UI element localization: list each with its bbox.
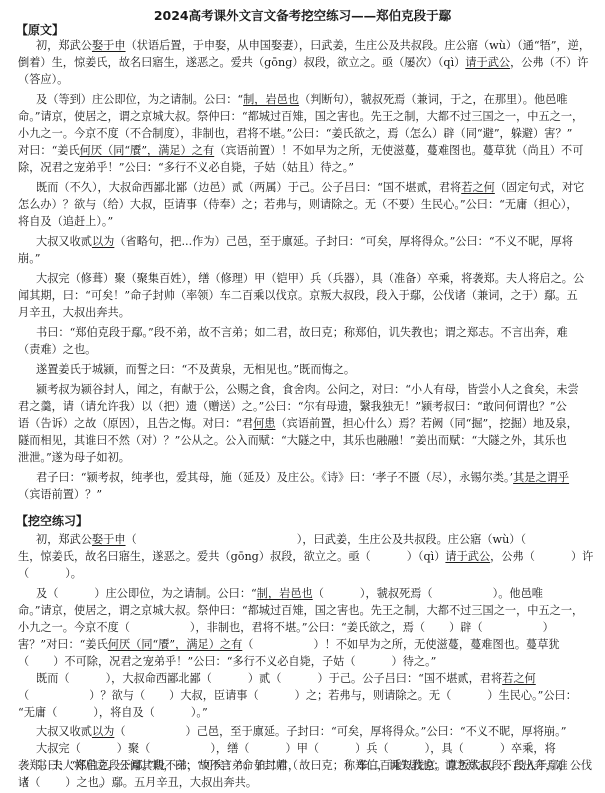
text-segment: 大叔又收贰 [36,725,92,738]
text-segment: （答应）。 [18,73,68,86]
text-segment: 小九之一。今京不度（ [18,621,130,634]
text-segment: ）（qì） [407,550,446,563]
practice-line: 生，惊姜氏，故名曰寤生，遂恶之。爱共（gōng）叔段，欲立之。亟（）（qì）请于… [18,549,590,565]
original-line: 君之羹，请（请允许我）以（把）遗（赠送）之。”公曰：“尔有母遗，繄我独无！”颍考… [18,399,590,415]
original-line: 君子曰：“颍考叔，纯孝也，爱其母，施（延及）及庄公。《诗》曰：‘孝子不匮（尽），… [36,470,590,486]
original-line: 崩。” [18,251,590,267]
text-segment: 命。”请京，使居之，谓之京城大叔。祭仲曰：“都城过百雉，国之害也。先王之制，大都… [18,604,583,617]
text-segment: ）待之。” [392,655,437,668]
text-segment: ），大叔命西鄙北鄙（ [106,672,212,685]
text-segment: （ [18,655,29,668]
original-line: 命。”请京，使居之，谓之京城大叔。祭仲曰：“都城过百雉，国之害也。先王之制，大都… [18,109,590,125]
text-segment: 书曰：“郑伯克段于鄢。”段不弟，故不言弟；如二君，故曰克；称郑伯，讥失教也；谓之… [36,759,568,772]
underlined-phrase: 娶于申 [92,39,126,52]
underlined-phrase: 制，岩邑也 [243,93,299,106]
text-segment: ）辟（ [449,621,483,634]
text-segment: ）之也。 [65,776,110,789]
text-segment: 倒着）生，惊姜氏，故名曰寤生，遂恶之。爱共（gōng）叔段，欲立之。亟（屡次）（… [18,56,465,69]
text-segment: （ [242,638,253,651]
underlined-phrase: 制，岩邑也 [257,587,313,600]
text-segment: ，公弗（不）许 [510,56,588,69]
text-segment: ）贰（ [248,672,282,685]
practice-line: 及（）庄公即位，为之请制。公曰：“制，岩邑也（），虢叔死焉（）。他邑唯 [36,586,590,602]
text-segment: 崩。” [18,252,41,265]
practice-line: （）之也。 [18,775,590,791]
text-segment: （省略句，把...作为）己邑，至于廪延。子封曰：“可矣，厚将得众。”公曰：“不义… [114,235,573,248]
practice-line: 害？”对曰：“姜氏何厌（同“餍”，满足）之有（）！不如早为之所，无使滋蔓，蔓难图… [18,637,590,653]
practice-line: 初，郑武公娶于申（），曰武姜，生庄公及共叔段。庄公寤（wù）（ [36,532,590,548]
original-line: （答应）。 [18,72,590,88]
text-segment: 生，惊姜氏，故名曰寤生，遂恶之。爱共（gōng）叔段，欲立之。亟（ [18,550,371,563]
text-segment: 大叔完（修葺）聚（聚集百姓），缮（修理）甲（铠甲）兵（兵器），具（准备）卒乘，将… [36,272,584,285]
section-heading-original: 【原文】 [16,21,64,38]
practice-line: （）？欲与（）大叔，臣请事（）之；若弗与，则请除之。无（）生民心。”公曰： [18,688,590,704]
text-segment: ），将自及（ [93,706,155,719]
text-segment: 隧而相见，其谁曰不然（对）？”公从之。公入而赋：“大隧之中，其乐也融融！”姜出而… [18,434,567,447]
text-segment: 既而（不久），大叔命西鄙北鄙（边邑）贰（两属）于己。公子吕曰：“国不堪贰，君将 [36,181,461,194]
text-segment: ）！不如早为之所，无使滋蔓，蔓难图也。蔓草犹 [313,638,559,651]
text-segment: ）甲（ [286,742,320,755]
underlined-phrase: 若之何 [461,181,495,194]
text-segment: 害？”对曰：“姜氏 [18,638,108,651]
text-segment: 语（告诉）之故（原因），且告之悔。对曰：“君 [18,417,253,430]
underlined-phrase: 请于武公 [465,56,510,69]
text-segment: 君之羹，请（请允许我）以（把）遗（赠送）之。”公曰：“尔有母遗，繄我独无！”颍考… [18,400,567,413]
text-segment: ）卒乘，将 [500,742,556,755]
text-segment: （宾语前置）！不如早为之所，无使滋蔓，蔓难图也。蔓草犹（尚且）不可 [214,144,583,157]
text-segment: ）聚（ [117,742,151,755]
text-segment: 初，郑武公 [36,533,92,546]
text-segment: ）？欲与（ [89,689,145,702]
section-heading-practice: 【挖空练习】 [16,512,88,529]
text-segment: ）于己。公子吕曰：“国不堪贰，君将 [317,672,502,685]
original-line: 隧而相见，其谁曰不然（对）？”公从之。公入而赋：“大隧之中，其乐也融融！”姜出而… [18,433,590,449]
underlined-phrase: 其是之谓乎 [513,471,569,484]
text-segment: 大叔完（ [36,742,81,755]
text-segment: ）己邑，至于廪延。子封曰：“可矣，厚将得众。”公曰：“不义不昵，厚将崩。” [186,725,567,738]
text-segment: ）。他邑唯 [493,587,543,600]
text-segment: ），具（ [425,742,464,755]
text-segment: 命。”请京，使居之，谓之京城大叔。祭仲曰：“都城过百雉，国之害也。先王之制，大都… [18,110,583,123]
underlined-phrase: 以为 [92,235,114,248]
text-segment: （ [18,689,29,702]
text-segment: ，公弗（ [490,550,535,563]
original-line: 闻其期，曰：“可矣！”命子封帅（率领）车二百乘以伐京。京叛大叔段，段入于鄢，公伐… [18,288,590,304]
practice-line: （）不可除，况君之宠弟乎！”公曰：“多行不义必自毙，子姑（）待之。” [18,654,590,670]
underlined-phrase: 何厌（同“餍”，满足）之有 [80,144,215,157]
text-segment: 初，郑武公 [36,39,92,52]
original-line: （宾语前置）？” [18,487,590,503]
text-segment: （ [18,776,29,789]
text-segment: ）之；若弗与，则请除之。无（ [295,689,452,702]
underlined-phrase: 以为 [92,725,114,738]
practice-line: 大叔完（）聚（），缮（）甲（）兵（），具（）卒乘，将 [36,741,590,757]
original-line: 颍考叔为颍谷封人，闻之，有献于公，公赐之食，食舍肉。公问之，对曰：“小人有母，皆… [36,382,590,398]
original-line: 大叔又收贰以为（省略句，把...作为）己邑，至于廪延。子封曰：“可矣，厚将得众。… [36,234,590,250]
practice-line: 小九之一。今京不度（），非制也，君将不堪。”公曰：“姜氏欲之，焉（）辟（） [18,620,590,636]
text-segment: 小九之一。今京不度（不合制度），非制也，君将不堪。”公曰：“姜氏欲之，焉（怎么）… [18,127,572,140]
practice-line: “无庸（），将自及（）。” [18,705,590,721]
text-segment: ）。” [191,706,208,719]
original-line: 遂置姜氏于城颍，而誓之曰：“不及黄泉，无相见也。”既而悔之。 [36,362,590,378]
original-line: 小九之一。今京不度（不合制度），非制也，君将不堪。”公曰：“姜氏欲之，焉（怎么）… [18,126,590,142]
text-segment: 及（等到）庄公即位，为之请制。公曰：“ [36,93,243,106]
original-line: 对曰：“姜氏何厌（同“餍”，满足）之有（宾语前置）！不如早为之所，无使滋蔓，蔓难… [18,143,590,159]
text-segment: 遂置姜氏于城颍，而誓之曰：“不及黄泉，无相见也。”既而悔之。 [36,363,355,376]
text-segment: （宾语前置，担心什么）焉？若阙（同“掘”，挖掘）地及泉， [275,417,577,430]
text-segment: ）兵（ [355,742,389,755]
original-line: 怎么办）？欲与（给）大叔，臣请事（侍奉）之；若弗与，则请除之。无（不要）生民心。… [18,197,590,213]
text-segment: 对曰：“姜氏 [18,144,80,157]
text-segment: ）不可除，况君之宠弟乎！”公曰：“多行不义必自毙，子姑（ [53,655,355,668]
practice-line: 大叔又收贰以为（）己邑，至于廪延。子封曰：“可矣，厚将得众。”公曰：“不义不昵，… [36,724,590,740]
text-segment: 君子曰：“颍考叔，纯孝也，爱其母，施（延及）及庄公。《诗》曰：‘孝子不匮（尽），… [36,471,513,484]
text-segment: “无庸（ [18,706,57,719]
text-segment: （宾语前置）？” [18,488,102,501]
practice-line: 书曰：“郑伯克段于鄢。”段不弟，故不言弟；如二君，故曰克；称郑伯，讥失教也；谓之… [36,758,590,774]
text-segment: （状语后置，于申娶，从申国娶妻），曰武姜，生庄公及共叔段。庄公寤（wù）（通“牾… [126,39,591,52]
text-segment: ），曰武姜，生庄公及共叔段。庄公寤（wù）（ [297,533,526,546]
text-segment: 及（ [36,587,58,600]
text-segment: 颍考叔为颍谷封人，闻之，有献于公，公赐之食，食舍肉。公问之，对曰：“小人有母，皆… [36,383,579,396]
original-line: 语（告诉）之故（原因），且告之悔。对曰：“君何患（宾语前置，担心什么）焉？若阙（… [18,416,590,432]
underlined-phrase: 请于武公 [445,550,490,563]
original-line: 及（等到）庄公即位，为之请制。公曰：“制，岩邑也（判断句），虢叔死焉（兼词，于之… [36,92,590,108]
text-segment: ），虢叔死焉（ [360,587,433,600]
text-segment: （ [18,567,29,580]
text-segment: 除，况君之宠弟乎！”公曰：“多行不义必自毙，子姑（姑且）待之。” [18,161,354,174]
text-segment: 书曰：“郑伯克段于鄢。”段不弟，故不言弟；如二君，故曰克；称郑伯，讥失教也；谓之… [36,326,568,339]
text-segment: （ [114,725,125,738]
practice-line: 命。”请京，使居之，谓之京城大叔。祭仲曰：“都城过百雉，国之害也。先王之制，大都… [18,603,590,619]
original-line: 将自及（追赶上）。” [18,214,590,230]
text-segment: 泄泄。”遂为母子如初。 [18,451,130,464]
original-line: 初，郑武公娶于申（状语后置，于申娶，从申国娶妻），曰武姜，生庄公及共叔段。庄公寤… [36,38,590,54]
underlined-phrase: 若之何 [502,672,536,685]
text-segment: （固定句式，对它 [495,181,585,194]
text-segment: ）许 [571,550,593,563]
text-segment: 大叔又收贰 [36,235,92,248]
underlined-phrase: 娶于申 [92,533,126,546]
original-line: （责难）之也。 [18,342,590,358]
text-segment: （ [126,533,137,546]
text-segment: 将自及（追赶上）。” [18,215,113,228]
original-line: 大叔完（修葺）聚（聚集百姓），缮（修理）甲（铠甲）兵（兵器），具（准备）卒乘，将… [36,271,590,287]
practice-line: 既而（），大叔命西鄙北鄙（）贰（）于己。公子吕曰：“国不堪贰，君将若之何 [36,671,590,687]
underlined-phrase: 何厌（同“餍”，满足）之有 [108,638,243,651]
text-segment: 怎么办）？欲与（给）大叔，臣请事（侍奉）之；若弗与，则请除之。无（不要）生民心。… [18,198,578,211]
text-segment: ） [543,621,554,634]
text-segment: （判断句），虢叔死焉（兼词，于之，在那里）。他邑唯 [299,93,568,106]
text-segment: 闻其期，曰：“可矣！”命子封帅（率领）车二百乘以伐京。京叛大叔段，段入于鄢，公伐… [18,289,578,302]
text-segment: 月辛丑，大叔出奔共。 [18,306,130,319]
underlined-phrase: 何患 [253,417,275,430]
text-segment: ），缮（ [210,742,249,755]
text-segment: 既而（ [36,672,70,685]
text-segment: （责难）之也。 [18,343,96,356]
text-segment: ）庄公即位，为之请制。公曰：“ [94,587,256,600]
text-segment: ）生民心。”公曰： [487,689,577,702]
text-segment: ）大叔，臣请事（ [169,689,259,702]
text-segment: ），非制也，君将不堪。”公曰：“姜氏欲之，焉（ [190,621,425,634]
text-segment: （ [313,587,324,600]
original-line: 泄泄。”遂为母子如初。 [18,450,590,466]
original-line: 倒着）生，惊姜氏，故名曰寤生，遂恶之。爱共（gōng）叔段，欲立之。亟（屡次）（… [18,55,590,71]
text-segment: ）。 [65,567,82,580]
original-line: 除，况君之宠弟乎！”公曰：“多行不义必自毙，子姑（姑且）待之。” [18,160,590,176]
page-title: 2024高考课外文言文备考挖空练习——郑伯克段于鄢 [0,6,605,24]
original-line: 月辛丑，大叔出奔共。 [18,305,590,321]
practice-line: （）。 [18,566,590,582]
original-line: 书曰：“郑伯克段于鄢。”段不弟，故不言弟；如二君，故曰克；称郑伯，讥失教也；谓之… [36,325,590,341]
original-line: 既而（不久），大叔命西鄙北鄙（边邑）贰（两属）于己。公子吕曰：“国不堪贰，君将若… [36,180,590,196]
